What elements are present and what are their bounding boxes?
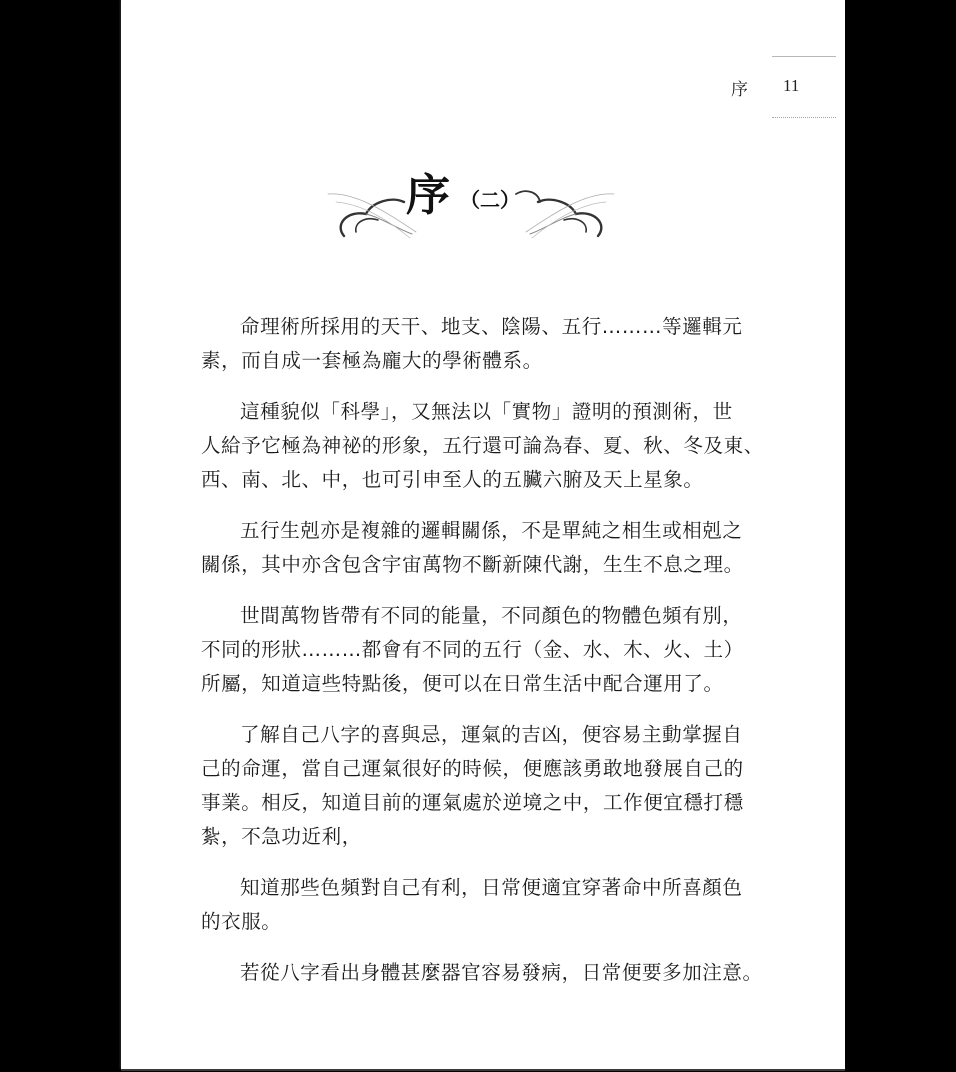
paragraph: 世間萬物皆帶有不同的能量，不同顏色的物體色頻有別， 不同的形狀………都會有不同的… [201, 599, 753, 701]
body-text: 命理術所採用的天干、地支、陰陽、五行………等邏輯元 素，而自成一套極為龐大的學術… [201, 310, 753, 1007]
text-line: 人給予它極為神祕的形象，五行還可論為春、夏、秋、冬及東、 [201, 429, 753, 463]
page-number: 11 [783, 76, 799, 96]
text-line: 紮，不急功近利， [201, 820, 753, 854]
chapter-subtitle: （二） [460, 190, 520, 210]
paragraph: 知道那些色頻對自己有利，日常便適宜穿著命中所喜顏色 的衣服。 [201, 871, 753, 939]
document-viewer: 序 11 [0, 0, 956, 1072]
book-page[interactable]: 序 11 [121, 0, 845, 1069]
text-line: 不同的形狀………都會有不同的五行（金、水、木、火、土） [201, 633, 753, 667]
paragraph: 命理術所採用的天干、地支、陰陽、五行………等邏輯元 素，而自成一套極為龐大的學術… [201, 310, 753, 378]
text-line: 素，而自成一套極為龐大的學術體系。 [201, 344, 753, 378]
text-line: 知道那些色頻對自己有利，日常便適宜穿著命中所喜顏色 [201, 871, 753, 905]
text-line: 己的命運，當自己運氣很好的時候，便應該勇敢地發展自己的 [201, 752, 753, 786]
paragraph: 若從八字看出身體甚麼器官容易發病，日常便要多加注意。 [201, 956, 753, 990]
text-line: 若從八字看出身體甚麼器官容易發病，日常便要多加注意。 [201, 956, 753, 990]
text-line: 西、南、北、中，也可引申至人的五臟六腑及天上星象。 [201, 463, 753, 497]
paragraph: 了解自己八字的喜與忌，運氣的吉凶，便容易主動掌握自 己的命運，當自己運氣很好的時… [201, 718, 753, 854]
text-line: 五行生剋亦是複雜的邏輯關係，不是單純之相生或相剋之 [201, 514, 753, 548]
chapter-title: 序 [406, 174, 450, 218]
text-line: 關係，其中亦含包含宇宙萬物不斷新陳代謝，生生不息之理。 [201, 548, 753, 582]
text-line: 事業。相反，知道目前的運氣處於逆境之中，工作便宜穩打穩 [201, 786, 753, 820]
running-head-rules [772, 56, 836, 118]
text-line: 所屬，知道這些特點後，便可以在日常生活中配合運用了。 [201, 667, 753, 701]
text-line: 了解自己八字的喜與忌，運氣的吉凶，便容易主動掌握自 [201, 718, 753, 752]
cloud-ornament-icon [326, 172, 616, 252]
paragraph: 這種貌似「科學」，又無法以「實物」證明的預測術，世 人給予它極為神祕的形象，五行… [201, 395, 753, 497]
text-line: 這種貌似「科學」，又無法以「實物」證明的預測術，世 [201, 395, 753, 429]
paragraph: 五行生剋亦是複雜的邏輯關係，不是單純之相生或相剋之 關係，其中亦含包含宇宙萬物不… [201, 514, 753, 582]
chapter-heading: 序 （二） [326, 172, 616, 252]
running-head-section: 序 [731, 75, 748, 100]
text-line: 命理術所採用的天干、地支、陰陽、五行………等邏輯元 [201, 310, 753, 344]
text-line: 的衣服。 [201, 905, 753, 939]
text-line: 世間萬物皆帶有不同的能量，不同顏色的物體色頻有別， [201, 599, 753, 633]
